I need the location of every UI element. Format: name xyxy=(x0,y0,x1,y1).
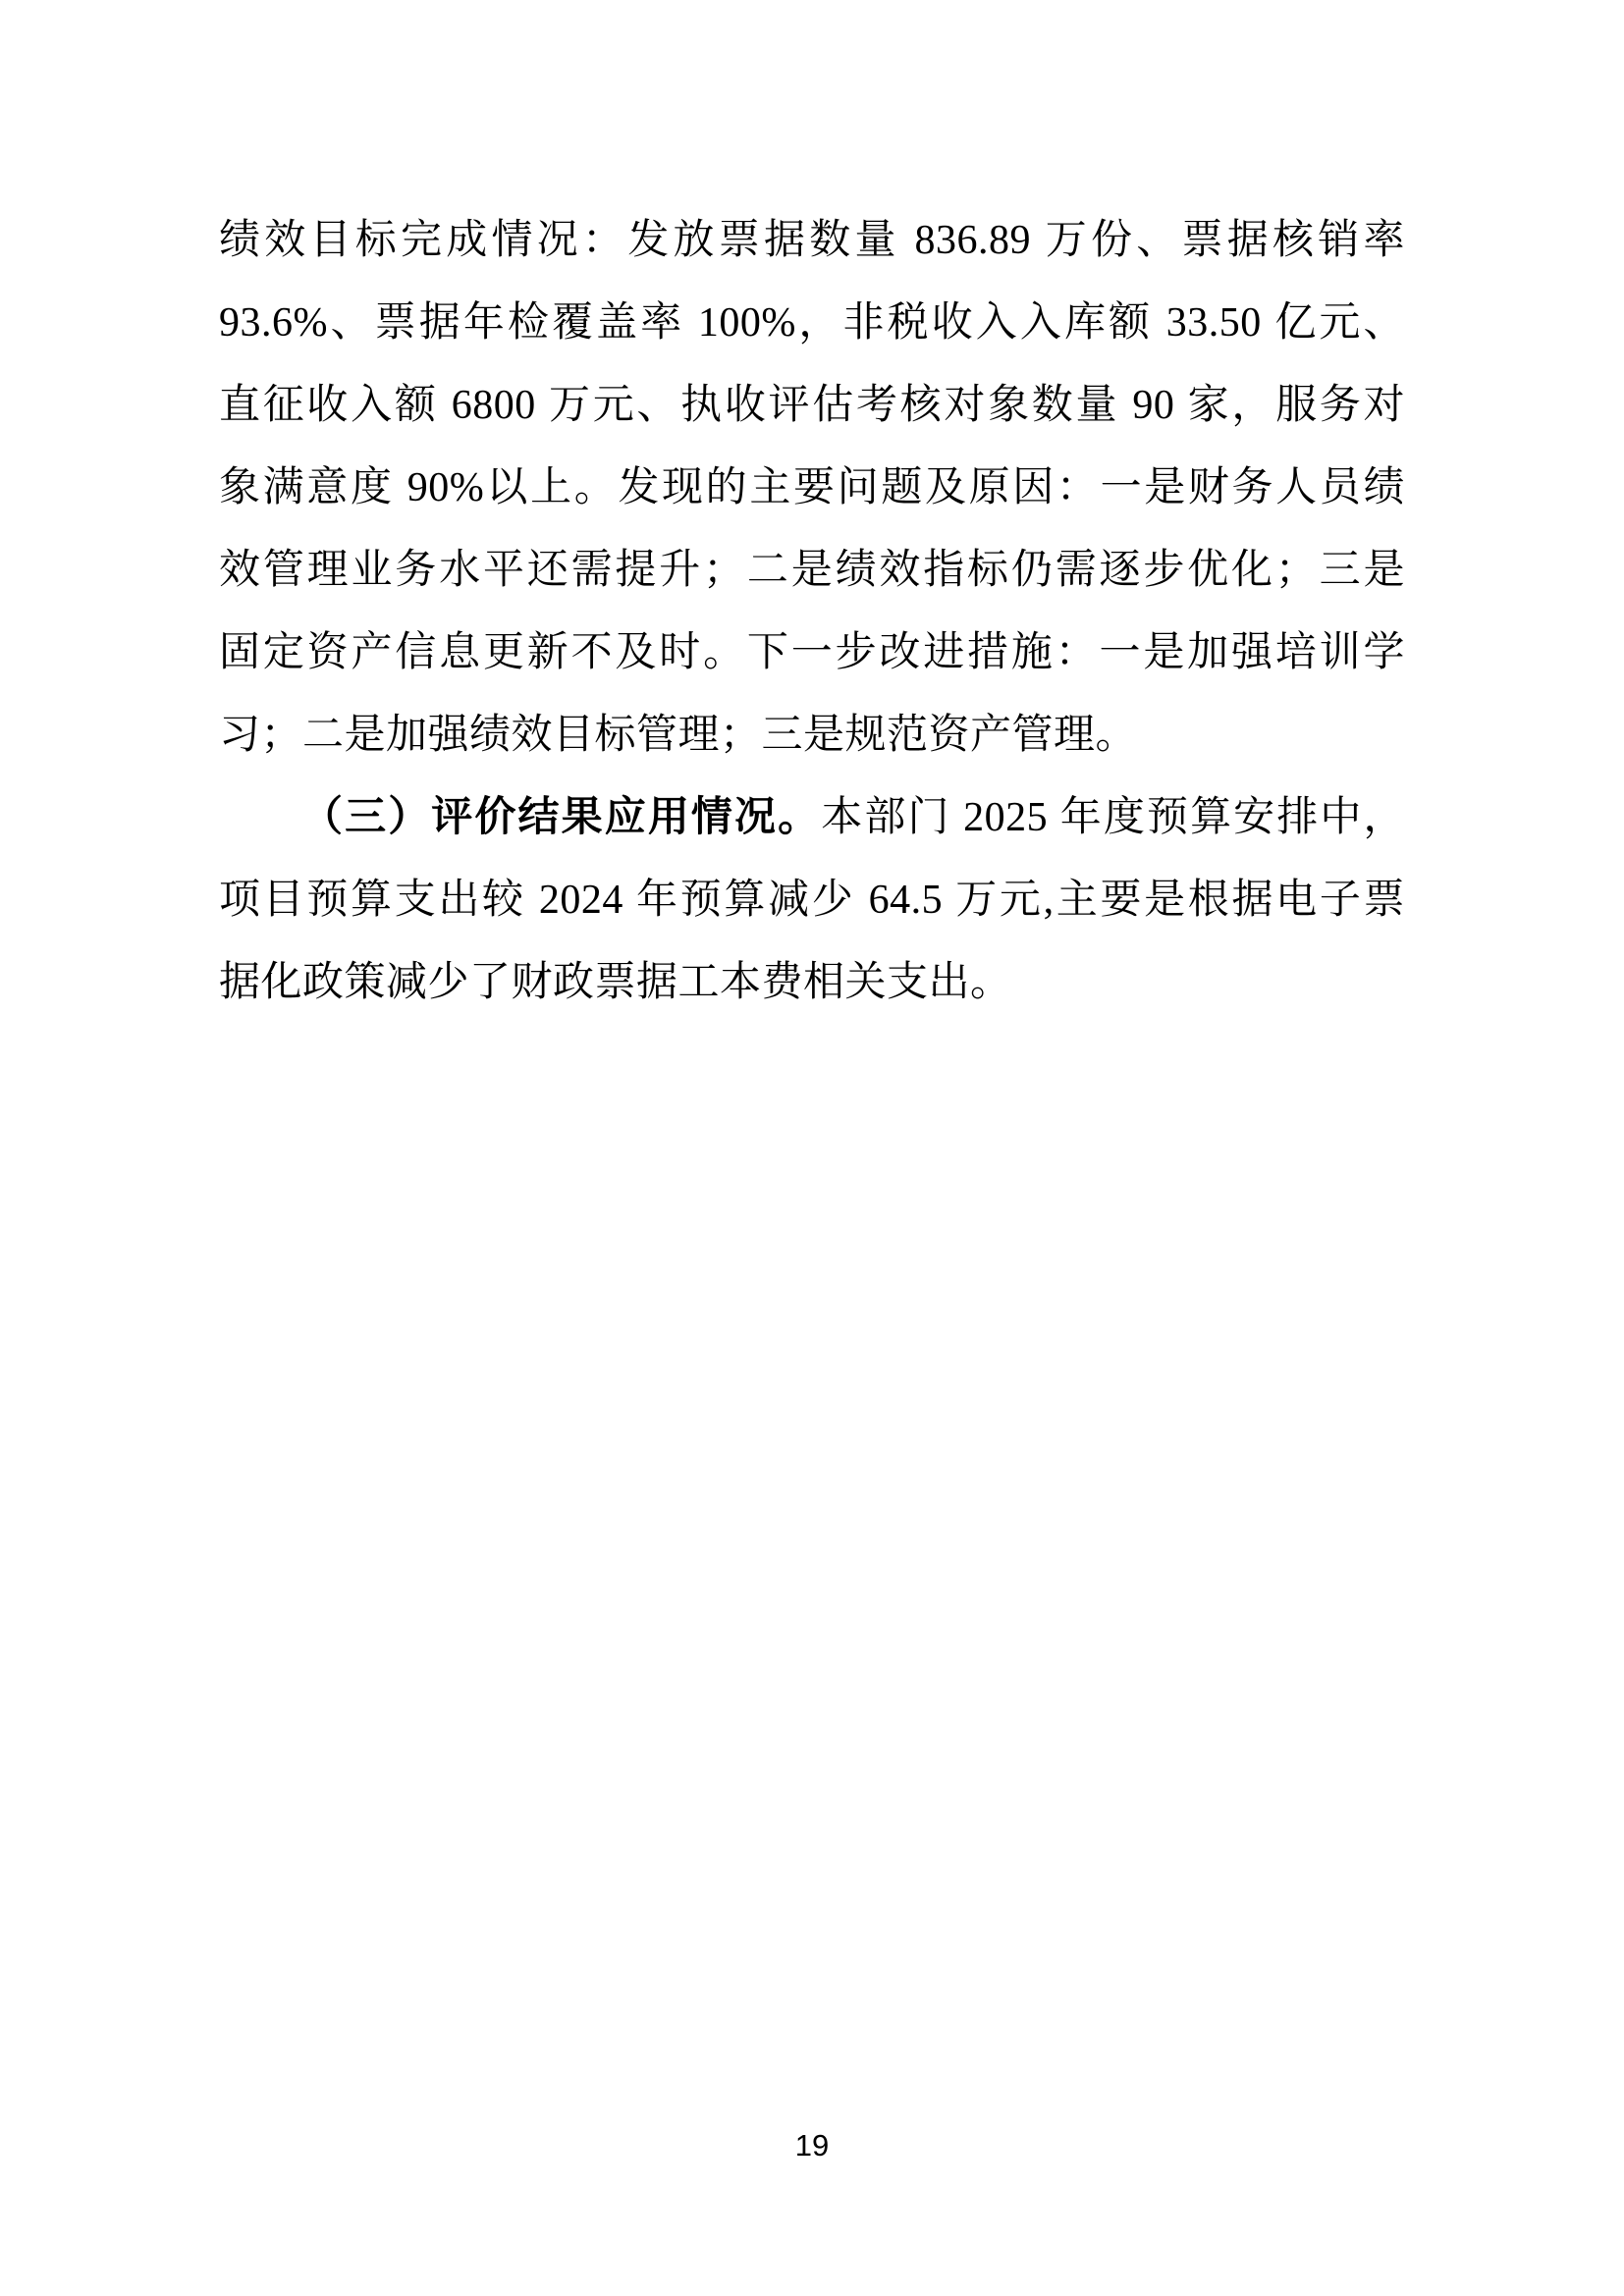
bold-heading-segment: （三）评价结果应用情况。 xyxy=(301,795,821,840)
text-segment: 绩效目标完成情况：发放票据数量 836.89 万份、票据核销率 xyxy=(219,218,1405,263)
text-segment: 项目预算支出较 2024 年预算减少 64.5 万元,主要是根据电子票 xyxy=(219,878,1405,923)
text-line: （三）评价结果应用情况。本部门 2025 年度预算安排中， xyxy=(219,776,1405,859)
paragraph: （三）评价结果应用情况。本部门 2025 年度预算安排中，项目预算支出较 202… xyxy=(219,776,1405,1024)
body-text: 绩效目标完成情况：发放票据数量 836.89 万份、票据核销率93.6%、票据年… xyxy=(219,199,1405,1024)
text-line: 绩效目标完成情况：发放票据数量 836.89 万份、票据核销率 xyxy=(219,199,1405,282)
text-line: 固定资产信息更新不及时。下一步改进措施：一是加强培训学 xyxy=(219,612,1405,694)
page-number: 19 xyxy=(0,2130,1624,2161)
text-line: 项目预算支出较 2024 年预算减少 64.5 万元,主要是根据电子票 xyxy=(219,859,1405,941)
text-segment: 效管理业务水平还需提升；二是绩效指标仍需逐步优化；三是 xyxy=(219,548,1405,593)
text-line: 习；二是加强绩效目标管理；三是规范资产管理。 xyxy=(219,694,1405,776)
text-line: 据化政策减少了财政票据工本费相关支出。 xyxy=(219,941,1405,1024)
text-segment: 本部门 2025 年度预算安排中， xyxy=(821,795,1405,840)
text-line: 象满意度 90%以上。发现的主要问题及原因：一是财务人员绩 xyxy=(219,447,1405,529)
text-line: 93.6%、票据年检覆盖率 100%，非税收入入库额 33.50 亿元、 xyxy=(219,282,1405,364)
text-line: 效管理业务水平还需提升；二是绩效指标仍需逐步优化；三是 xyxy=(219,529,1405,612)
text-segment: 习；二是加强绩效目标管理；三是规范资产管理。 xyxy=(219,713,1137,758)
text-segment: 象满意度 90%以上。发现的主要问题及原因：一是财务人员绩 xyxy=(219,465,1405,510)
paragraph: 绩效目标完成情况：发放票据数量 836.89 万份、票据核销率93.6%、票据年… xyxy=(219,199,1405,776)
document-page: 绩效目标完成情况：发放票据数量 836.89 万份、票据核销率93.6%、票据年… xyxy=(0,0,1624,2296)
text-segment: 固定资产信息更新不及时。下一步改进措施：一是加强培训学 xyxy=(219,630,1405,675)
text-segment: 93.6%、票据年检覆盖率 100%，非税收入入库额 33.50 亿元、 xyxy=(219,300,1405,346)
text-segment: 直征收入额 6800 万元、执收评估考核对象数量 90 家，服务对 xyxy=(219,383,1405,428)
text-line: 直征收入额 6800 万元、执收评估考核对象数量 90 家，服务对 xyxy=(219,364,1405,447)
text-segment: 据化政策减少了财政票据工本费相关支出。 xyxy=(219,960,1012,1005)
